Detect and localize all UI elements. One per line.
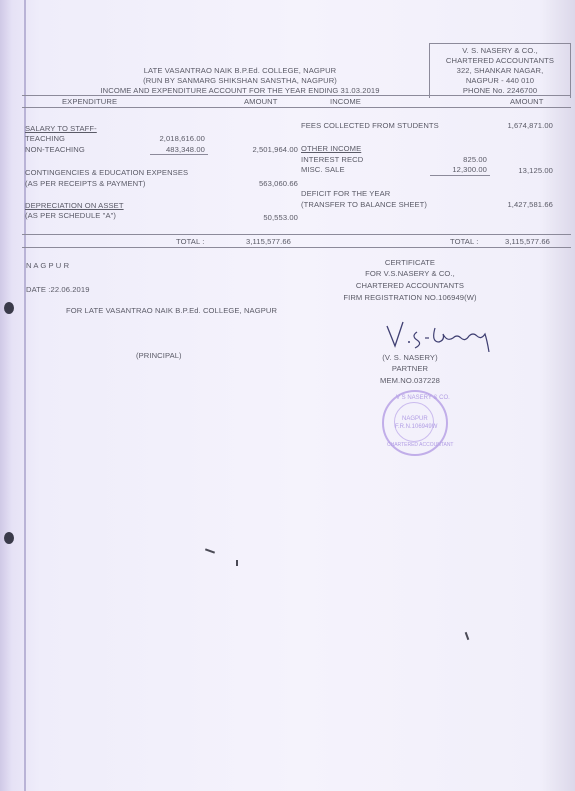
certificate-title: CERTIFICATE xyxy=(340,258,480,267)
punch-hole-top xyxy=(4,302,14,314)
for-college: FOR LATE VASANTRAO NAIK B.P.Ed. COLLEGE,… xyxy=(66,306,277,315)
deficit-note: (TRANSFER TO BALANCE SHEET) xyxy=(301,200,427,209)
col-income: INCOME xyxy=(330,97,361,106)
fees-value: 1,674,871.00 xyxy=(480,121,553,130)
header-rule-top xyxy=(22,95,571,96)
firm-registration: FIRM REGISTRATION NO.106949(W) xyxy=(320,293,500,302)
col-expenditure: EXPENDITURE xyxy=(62,97,117,106)
firm-address: 322, SHANKAR NAGAR, xyxy=(429,66,571,75)
principal-label: (PRINCIPAL) xyxy=(136,351,182,360)
other-income-subtotal-rule xyxy=(430,175,490,176)
contingencies-label: CONTINGENCIES & EDUCATION EXPENSES xyxy=(25,168,188,177)
other-income-total: 13,125.00 xyxy=(480,166,553,175)
total-rule-bottom xyxy=(22,247,571,248)
header-rule-bottom xyxy=(22,107,571,108)
scan-speck xyxy=(236,560,238,566)
depreciation-note: (AS PER SCHEDULE "A") xyxy=(25,211,116,220)
run-by: (RUN BY SANMARG SHIKSHAN SANSTHA, NAGPUR… xyxy=(60,76,420,85)
total-right-value: 3,115,577.66 xyxy=(505,237,550,246)
certificate-for-firm: FOR V.S.NASERY & CO., xyxy=(340,269,480,278)
deficit-value: 1,427,581.66 xyxy=(480,200,553,209)
signatory-role: PARTNER xyxy=(360,364,460,373)
firm-city: NAGPUR - 440 010 xyxy=(429,76,571,85)
contingencies-note: (AS PER RECEIPTS & PAYMENT) xyxy=(25,179,146,188)
place: N A G P U R xyxy=(26,261,69,270)
misc-sale-value: 12,300.00 xyxy=(420,165,487,174)
stamp-frn: F.R.N.106949W xyxy=(395,424,437,430)
salary-total: 2,501,964.00 xyxy=(226,145,298,154)
page-fold-line xyxy=(24,0,26,791)
col-amount-left: AMOUNT xyxy=(244,97,278,106)
total-right-label: TOTAL : xyxy=(450,237,478,246)
total-left-value: 3,115,577.66 xyxy=(246,237,291,246)
other-income-heading: OTHER INCOME xyxy=(301,144,361,153)
stamp-city: NAGPUR xyxy=(402,416,428,422)
firm-phone: PHONE No. 2246700 xyxy=(429,86,571,95)
misc-sale-label: MISC. SALE xyxy=(301,165,345,174)
teaching-value: 2,018,616.00 xyxy=(140,134,205,143)
interest-label: INTEREST RECD xyxy=(301,155,363,164)
partner-signature xyxy=(383,318,513,352)
scan-speck xyxy=(465,632,470,640)
firm-designation: CHARTERED ACCOUNTANTS xyxy=(429,56,571,65)
scan-speck xyxy=(205,548,215,553)
fees-label: FEES COLLECTED FROM STUDENTS xyxy=(301,121,439,130)
depreciation-value: 50,553.00 xyxy=(226,213,298,222)
total-left-label: TOTAL : xyxy=(176,237,204,246)
college-name: LATE VASANTRAO NAIK B.P.Ed. COLLEGE, NAG… xyxy=(60,66,420,75)
signatory-name: (V. S. NASERY) xyxy=(360,353,460,362)
deficit-label: DEFICIT FOR THE YEAR xyxy=(301,189,390,198)
firm-stamp: V S NASERY & CO. NAGPUR F.R.N.106949W CH… xyxy=(382,390,448,456)
salary-subtotal-rule xyxy=(150,154,208,155)
nonteaching-label: NON-TEACHING xyxy=(25,145,85,154)
interest-value: 825.00 xyxy=(420,155,487,164)
membership-number: MEM.NO.037228 xyxy=(360,376,460,385)
nonteaching-value: 483,348.00 xyxy=(140,145,205,154)
total-rule-top xyxy=(22,234,571,235)
stamp-inner-ring xyxy=(394,402,434,442)
certificate-designation: CHARTERED ACCOUNTANTS xyxy=(340,281,480,290)
col-amount-right: AMOUNT xyxy=(510,97,544,106)
scanned-page: V. S. NASERY & CO., CHARTERED ACCOUNTANT… xyxy=(0,0,575,791)
date: DATE :22.06.2019 xyxy=(26,285,90,294)
firm-name: V. S. NASERY & CO., xyxy=(429,46,571,55)
teaching-label: TEACHING xyxy=(25,134,65,143)
statement-title: INCOME AND EXPENDITURE ACCOUNT FOR THE Y… xyxy=(40,86,440,95)
depreciation-label: DEPRECIATION ON ASSET xyxy=(25,201,124,210)
salary-heading: SALARY TO STAFF- xyxy=(25,124,97,133)
punch-hole-bottom xyxy=(4,532,14,544)
stamp-top-text: V S NASERY & CO. xyxy=(396,395,450,401)
stamp-bottom-text: CHARTERED ACCOUNTANT xyxy=(387,442,454,448)
contingencies-value: 563,060.66 xyxy=(226,179,298,188)
